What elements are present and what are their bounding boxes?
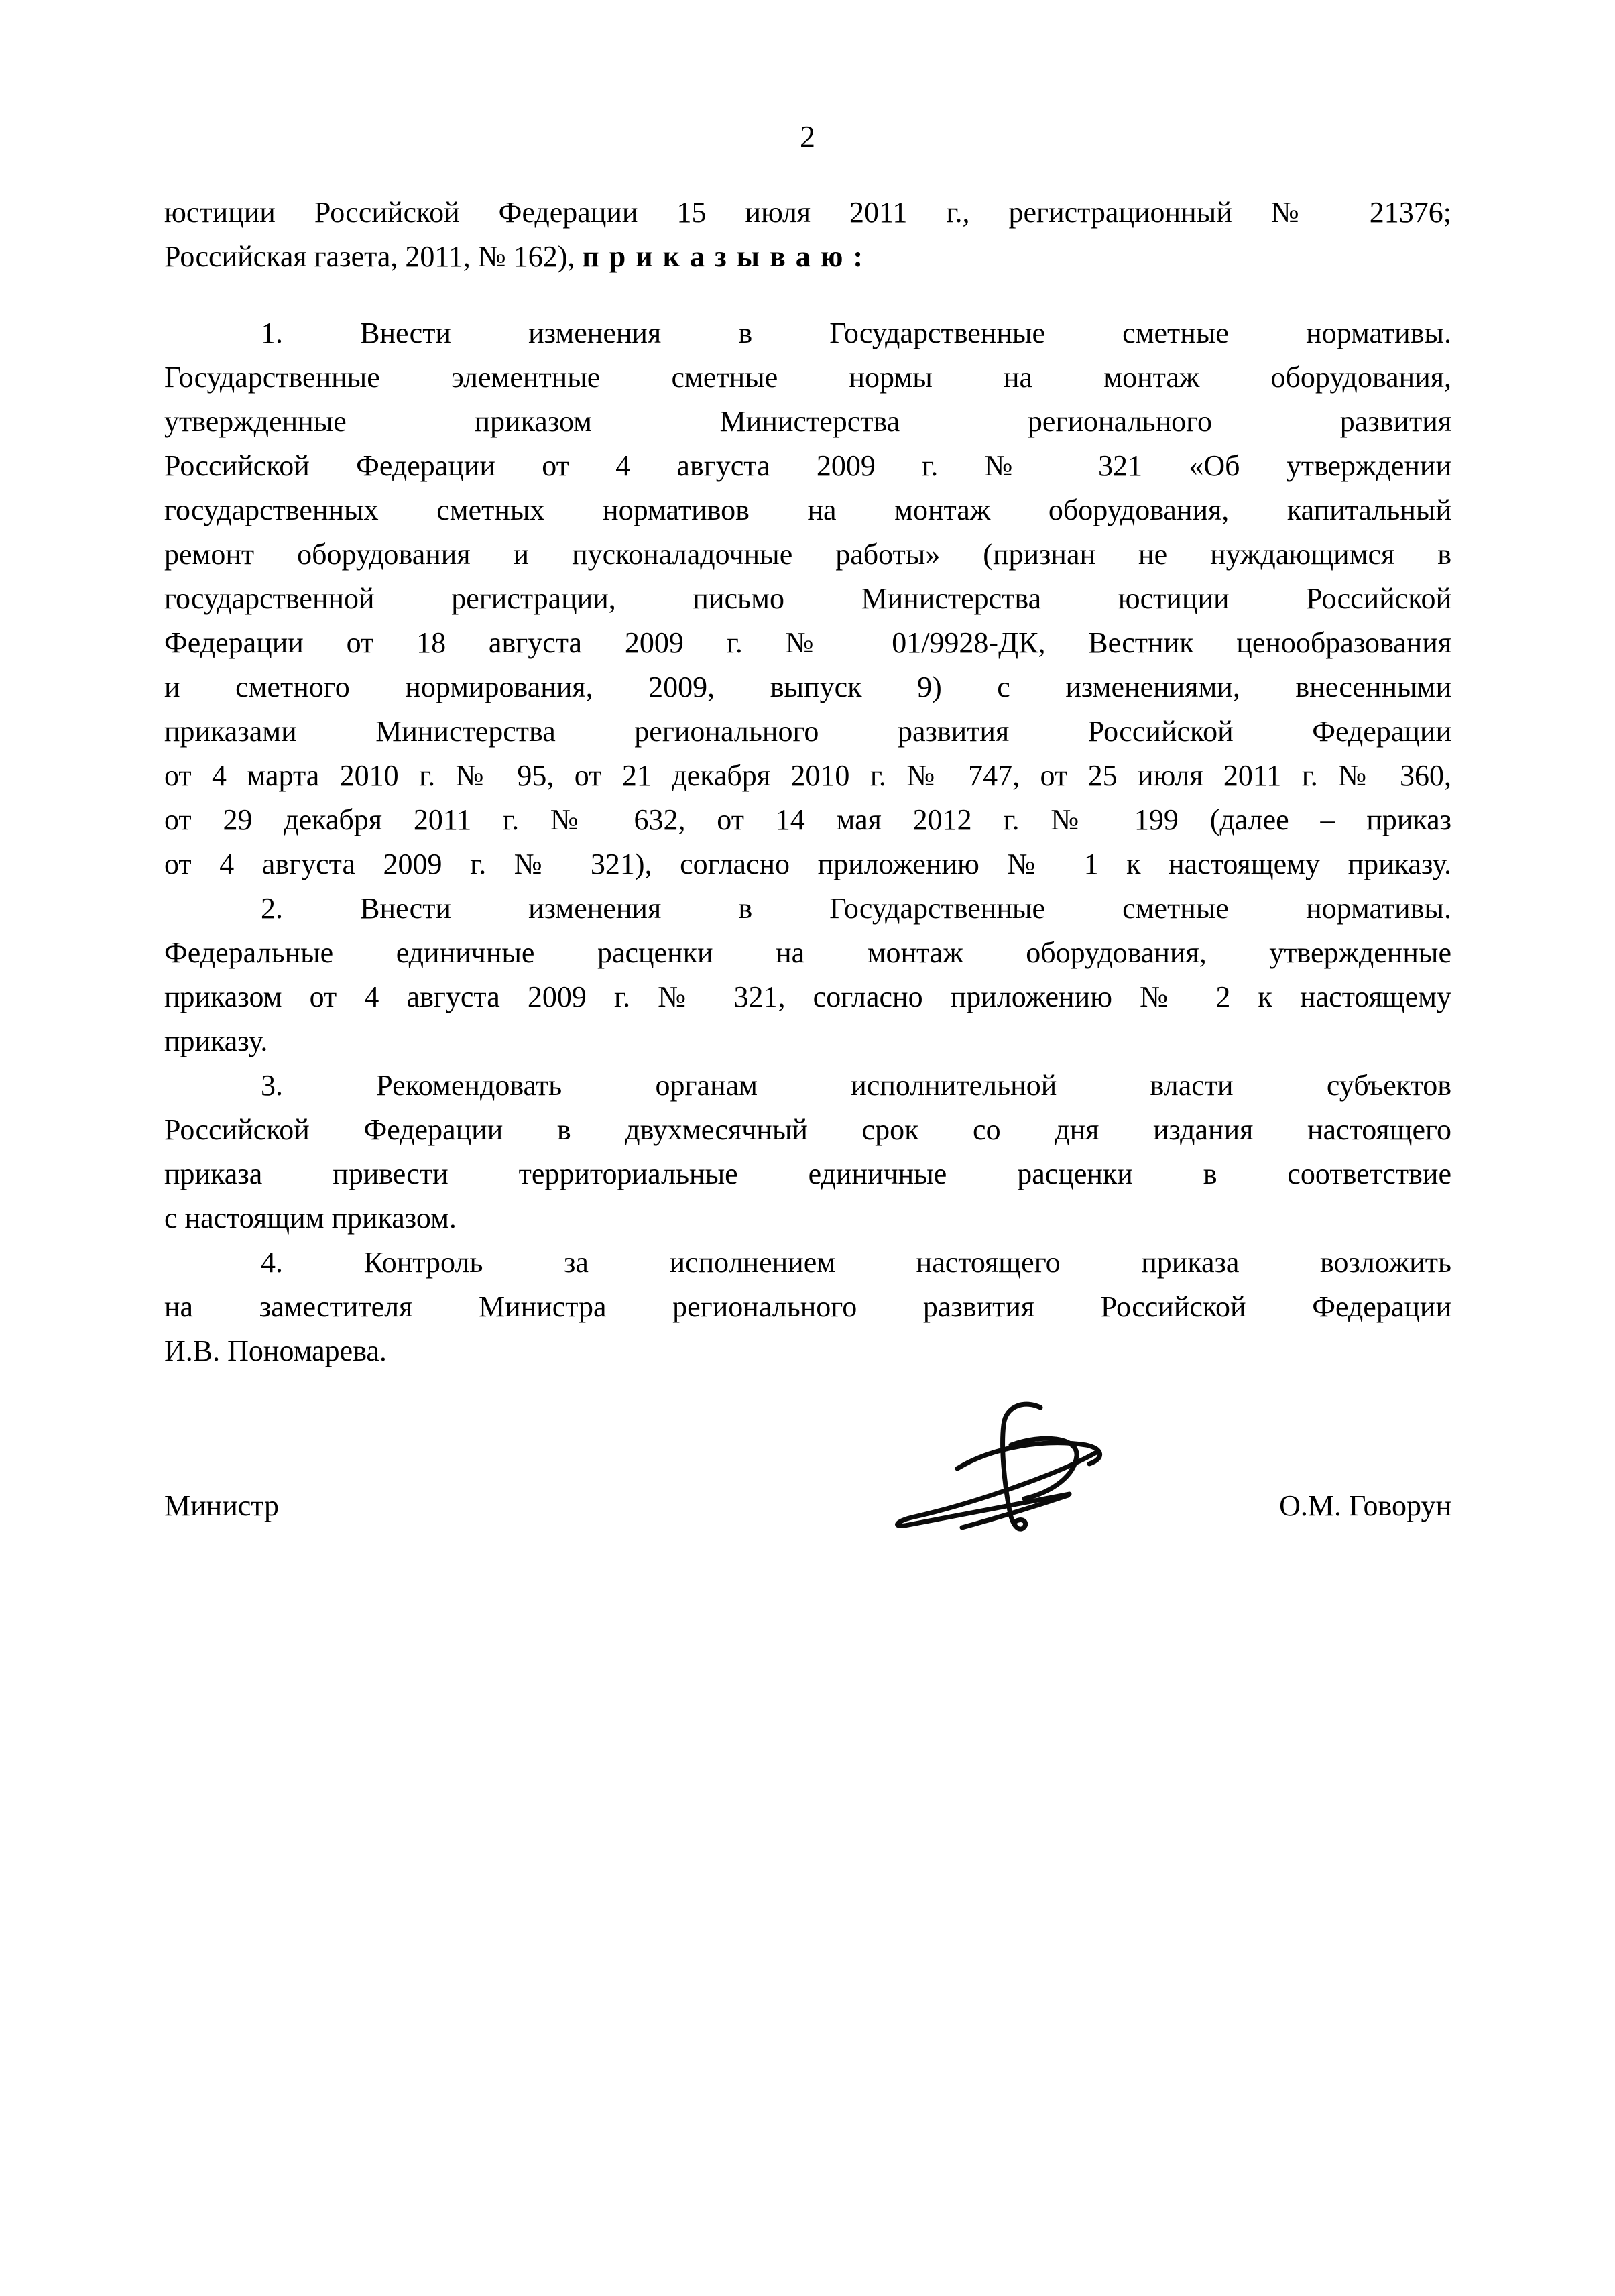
paragraph-line: 2. Внести изменения в Государственные см… [164,886,1451,931]
paragraph-line: государственной регистрации, письмо Мини… [164,577,1451,621]
paragraph-line: приказа привести территориальные единичн… [164,1152,1451,1196]
paragraph-line: 1. Внести изменения в Государственные см… [164,311,1451,355]
paragraph-line: Государственные элементные сметные нормы… [164,355,1451,400]
paragraph-line: Федеральные единичные расценки на монтаж… [164,931,1451,975]
paragraph-line: от 4 августа 2009 г. № 321), согласно пр… [164,842,1451,886]
paragraph-line: Федерации от 18 августа 2009 г. № 01/992… [164,621,1451,665]
paragraph-line: от 4 марта 2010 г. № 95, от 21 декабря 2… [164,754,1451,798]
order-paragraph-3: 3. Рекомендовать органам исполнительной … [164,1064,1451,1241]
signer-position-label: Министр [164,1484,279,1528]
page-number: 2 [0,118,1615,156]
decree-word: п р и к а з ы в а ю : [582,240,864,273]
paragraph-line: 4. Контроль за исполнением настоящего пр… [164,1241,1451,1285]
paragraph-line: с настоящим приказом. [164,1196,1451,1241]
paragraph-line: на заместителя Министра регионального ра… [164,1285,1451,1329]
paragraph-line: приказами Министерства регионального раз… [164,709,1451,754]
signature-block: Министр О.М. Говорун [164,1484,1451,1551]
paragraph-line: ремонт оборудования и пусконаладочные ра… [164,532,1451,577]
preamble-text: Российская газета, 2011, № 162), [164,240,582,273]
minister-signature-icon [892,1397,1106,1538]
preamble-line: Российская газета, 2011, № 162), п р и к… [164,235,1451,279]
order-paragraph-1: 1. Внести изменения в Государственные см… [164,311,1451,886]
order-paragraph-2: 2. Внести изменения в Государственные см… [164,886,1451,1064]
paragraph-line: и сметного нормирования, 2009, выпуск 9)… [164,665,1451,709]
paragraph-line: от 29 декабря 2011 г. № 632, от 14 мая 2… [164,798,1451,842]
paragraph-line: Российской Федерации от 4 августа 2009 г… [164,444,1451,488]
preamble-line: юстиции Российской Федерации 15 июля 201… [164,190,1451,235]
document-body: юстиции Российской Федерации 15 июля 201… [164,190,1451,1551]
paragraph-line: 3. Рекомендовать органам исполнительной … [164,1064,1451,1108]
order-paragraph-4: 4. Контроль за исполнением настоящего пр… [164,1241,1451,1373]
paragraph-line: приказу. [164,1019,1451,1064]
paragraph-line: утвержденные приказом Министерства регио… [164,400,1451,444]
preamble-paragraph: юстиции Российской Федерации 15 июля 201… [164,190,1451,279]
paragraph-line: Российской Федерации в двухмесячный срок… [164,1108,1451,1152]
signer-name: О.М. Говорун [1279,1484,1451,1528]
paragraph-line: государственных сметных нормативов на мо… [164,488,1451,532]
paragraph-line: приказом от 4 августа 2009 г. № 321, сог… [164,975,1451,1019]
document-page: 2 юстиции Российской Федерации 15 июля 2… [0,0,1615,2296]
paragraph-line: И.В. Пономарева. [164,1329,1451,1373]
